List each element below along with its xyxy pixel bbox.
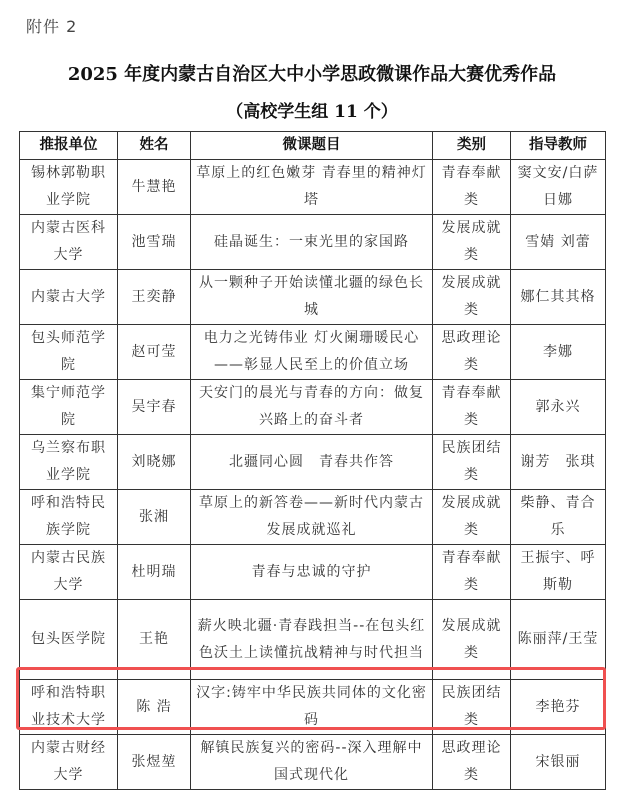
- cell-category: 发展成就类: [433, 215, 511, 270]
- cell-name: 赵可莹: [118, 325, 191, 380]
- table-row: 呼和浩特民族学院 张湘 草原上的新答卷——新时代内蒙古发展成就巡礼 发展成就类 …: [20, 490, 606, 545]
- header-category: 类别: [433, 132, 511, 160]
- cell-name: 张煜堃: [118, 735, 191, 790]
- cell-topic: 北疆同心圆 青春共作答: [191, 435, 433, 490]
- cell-topic: 汉字:铸牢中华民族共同体的文化密码: [191, 680, 433, 735]
- cell-category: 青春奉献类: [433, 380, 511, 435]
- table-row: 包头医学院 王艳 薪火映北疆·青春践担当--在包头红色沃土上读懂抗战精神与时代担…: [20, 600, 606, 680]
- cell-advisor: 窦文安/白萨日娜: [511, 160, 606, 215]
- cell-advisor: 李娜: [511, 325, 606, 380]
- cell-advisor: 柴静、青合乐: [511, 490, 606, 545]
- cell-unit: 内蒙古财经大学: [20, 735, 118, 790]
- cell-topic: 天安门的晨光与青春的方向：做复兴路上的奋斗者: [191, 380, 433, 435]
- table-row: 包头师范学院 赵可莹 电力之光铸伟业 灯火阑珊暖民心——彰显人民至上的价值立场 …: [20, 325, 606, 380]
- cell-category: 民族团结类: [433, 435, 511, 490]
- cell-topic: 草原上的新答卷——新时代内蒙古发展成就巡礼: [191, 490, 433, 545]
- awards-table: 推报单位 姓名 微课题目 类别 指导教师 锡林郭勒职业学院 牛慧艳 草原上的红色…: [19, 131, 606, 790]
- cell-category: 民族团结类: [433, 680, 511, 735]
- cell-category: 思政理论类: [433, 325, 511, 380]
- cell-topic: 草原上的红色嫩芽 青春里的精神灯塔: [191, 160, 433, 215]
- cell-topic: 薪火映北疆·青春践担当--在包头红色沃土上读懂抗战精神与时代担当: [191, 600, 433, 680]
- cell-name: 王艳: [118, 600, 191, 680]
- cell-topic: 硅晶诞生：一束光里的家国路: [191, 215, 433, 270]
- cell-topic: 解镇民族复兴的密码--深入理解中国式现代化: [191, 735, 433, 790]
- cell-unit: 集宁师范学院: [20, 380, 118, 435]
- header-name: 姓名: [118, 132, 191, 160]
- cell-advisor: 谢芳 张琪: [511, 435, 606, 490]
- table-row: 内蒙古民族大学 杜明瑞 青春与忠诚的守护 青春奉献类 王振宇、呼斯勒: [20, 545, 606, 600]
- table-row: 乌兰察布职业学院 刘晓娜 北疆同心圆 青春共作答 民族团结类 谢芳 张琪: [20, 435, 606, 490]
- cell-advisor: 宋银丽: [511, 735, 606, 790]
- cell-topic: 电力之光铸伟业 灯火阑珊暖民心——彰显人民至上的价值立场: [191, 325, 433, 380]
- cell-unit: 内蒙古民族大学: [20, 545, 118, 600]
- cell-name: 牛慧艳: [118, 160, 191, 215]
- cell-name: 杜明瑞: [118, 545, 191, 600]
- table-row: 内蒙古医科大学 池雪瑞 硅晶诞生：一束光里的家国路 发展成就类 雪婧 刘蕾: [20, 215, 606, 270]
- document-title: 2025 年度内蒙古自治区大中小学思政微课作品大赛优秀作品: [0, 60, 624, 86]
- cell-unit: 包头医学院: [20, 600, 118, 680]
- cell-unit: 呼和浩特民族学院: [20, 490, 118, 545]
- table-header-row: 推报单位 姓名 微课题目 类别 指导教师: [20, 132, 606, 160]
- cell-name: 刘晓娜: [118, 435, 191, 490]
- cell-advisor: 雪婧 刘蕾: [511, 215, 606, 270]
- cell-advisor: 陈丽萍/王莹: [511, 600, 606, 680]
- cell-name: 吴宇春: [118, 380, 191, 435]
- cell-unit: 呼和浩特职业技术大学: [20, 680, 118, 735]
- header-topic: 微课题目: [191, 132, 433, 160]
- cell-name: 张湘: [118, 490, 191, 545]
- cell-advisor: 李艳芬: [511, 680, 606, 735]
- cell-name: 池雪瑞: [118, 215, 191, 270]
- cell-unit: 包头师范学院: [20, 325, 118, 380]
- cell-advisor: 娜仁其其格: [511, 270, 606, 325]
- document-subtitle: （高校学生组 11 个）: [0, 97, 624, 122]
- cell-category: 发展成就类: [433, 600, 511, 680]
- cell-unit: 乌兰察布职业学院: [20, 435, 118, 490]
- cell-category: 发展成就类: [433, 490, 511, 545]
- header-unit: 推报单位: [20, 132, 118, 160]
- table-row-highlighted: 呼和浩特职业技术大学 陈 浩 汉字:铸牢中华民族共同体的文化密码 民族团结类 李…: [20, 680, 606, 735]
- table-row: 内蒙古财经大学 张煜堃 解镇民族复兴的密码--深入理解中国式现代化 思政理论类 …: [20, 735, 606, 790]
- table-row: 锡林郭勒职业学院 牛慧艳 草原上的红色嫩芽 青春里的精神灯塔 青春奉献类 窦文安…: [20, 160, 606, 215]
- cell-category: 青春奉献类: [433, 545, 511, 600]
- table-row: 集宁师范学院 吴宇春 天安门的晨光与青春的方向：做复兴路上的奋斗者 青春奉献类 …: [20, 380, 606, 435]
- attachment-label: 附件 2: [26, 14, 77, 37]
- header-advisor: 指导教师: [511, 132, 606, 160]
- cell-advisor: 郭永兴: [511, 380, 606, 435]
- cell-advisor: 王振宇、呼斯勒: [511, 545, 606, 600]
- cell-topic: 青春与忠诚的守护: [191, 545, 433, 600]
- cell-category: 发展成就类: [433, 270, 511, 325]
- table-row: 内蒙古大学 王奕静 从一颗种子开始读懂北疆的绿色长城 发展成就类 娜仁其其格: [20, 270, 606, 325]
- cell-name: 王奕静: [118, 270, 191, 325]
- cell-category: 思政理论类: [433, 735, 511, 790]
- cell-category: 青春奉献类: [433, 160, 511, 215]
- cell-unit: 锡林郭勒职业学院: [20, 160, 118, 215]
- cell-topic: 从一颗种子开始读懂北疆的绿色长城: [191, 270, 433, 325]
- cell-unit: 内蒙古大学: [20, 270, 118, 325]
- cell-unit: 内蒙古医科大学: [20, 215, 118, 270]
- cell-name: 陈 浩: [118, 680, 191, 735]
